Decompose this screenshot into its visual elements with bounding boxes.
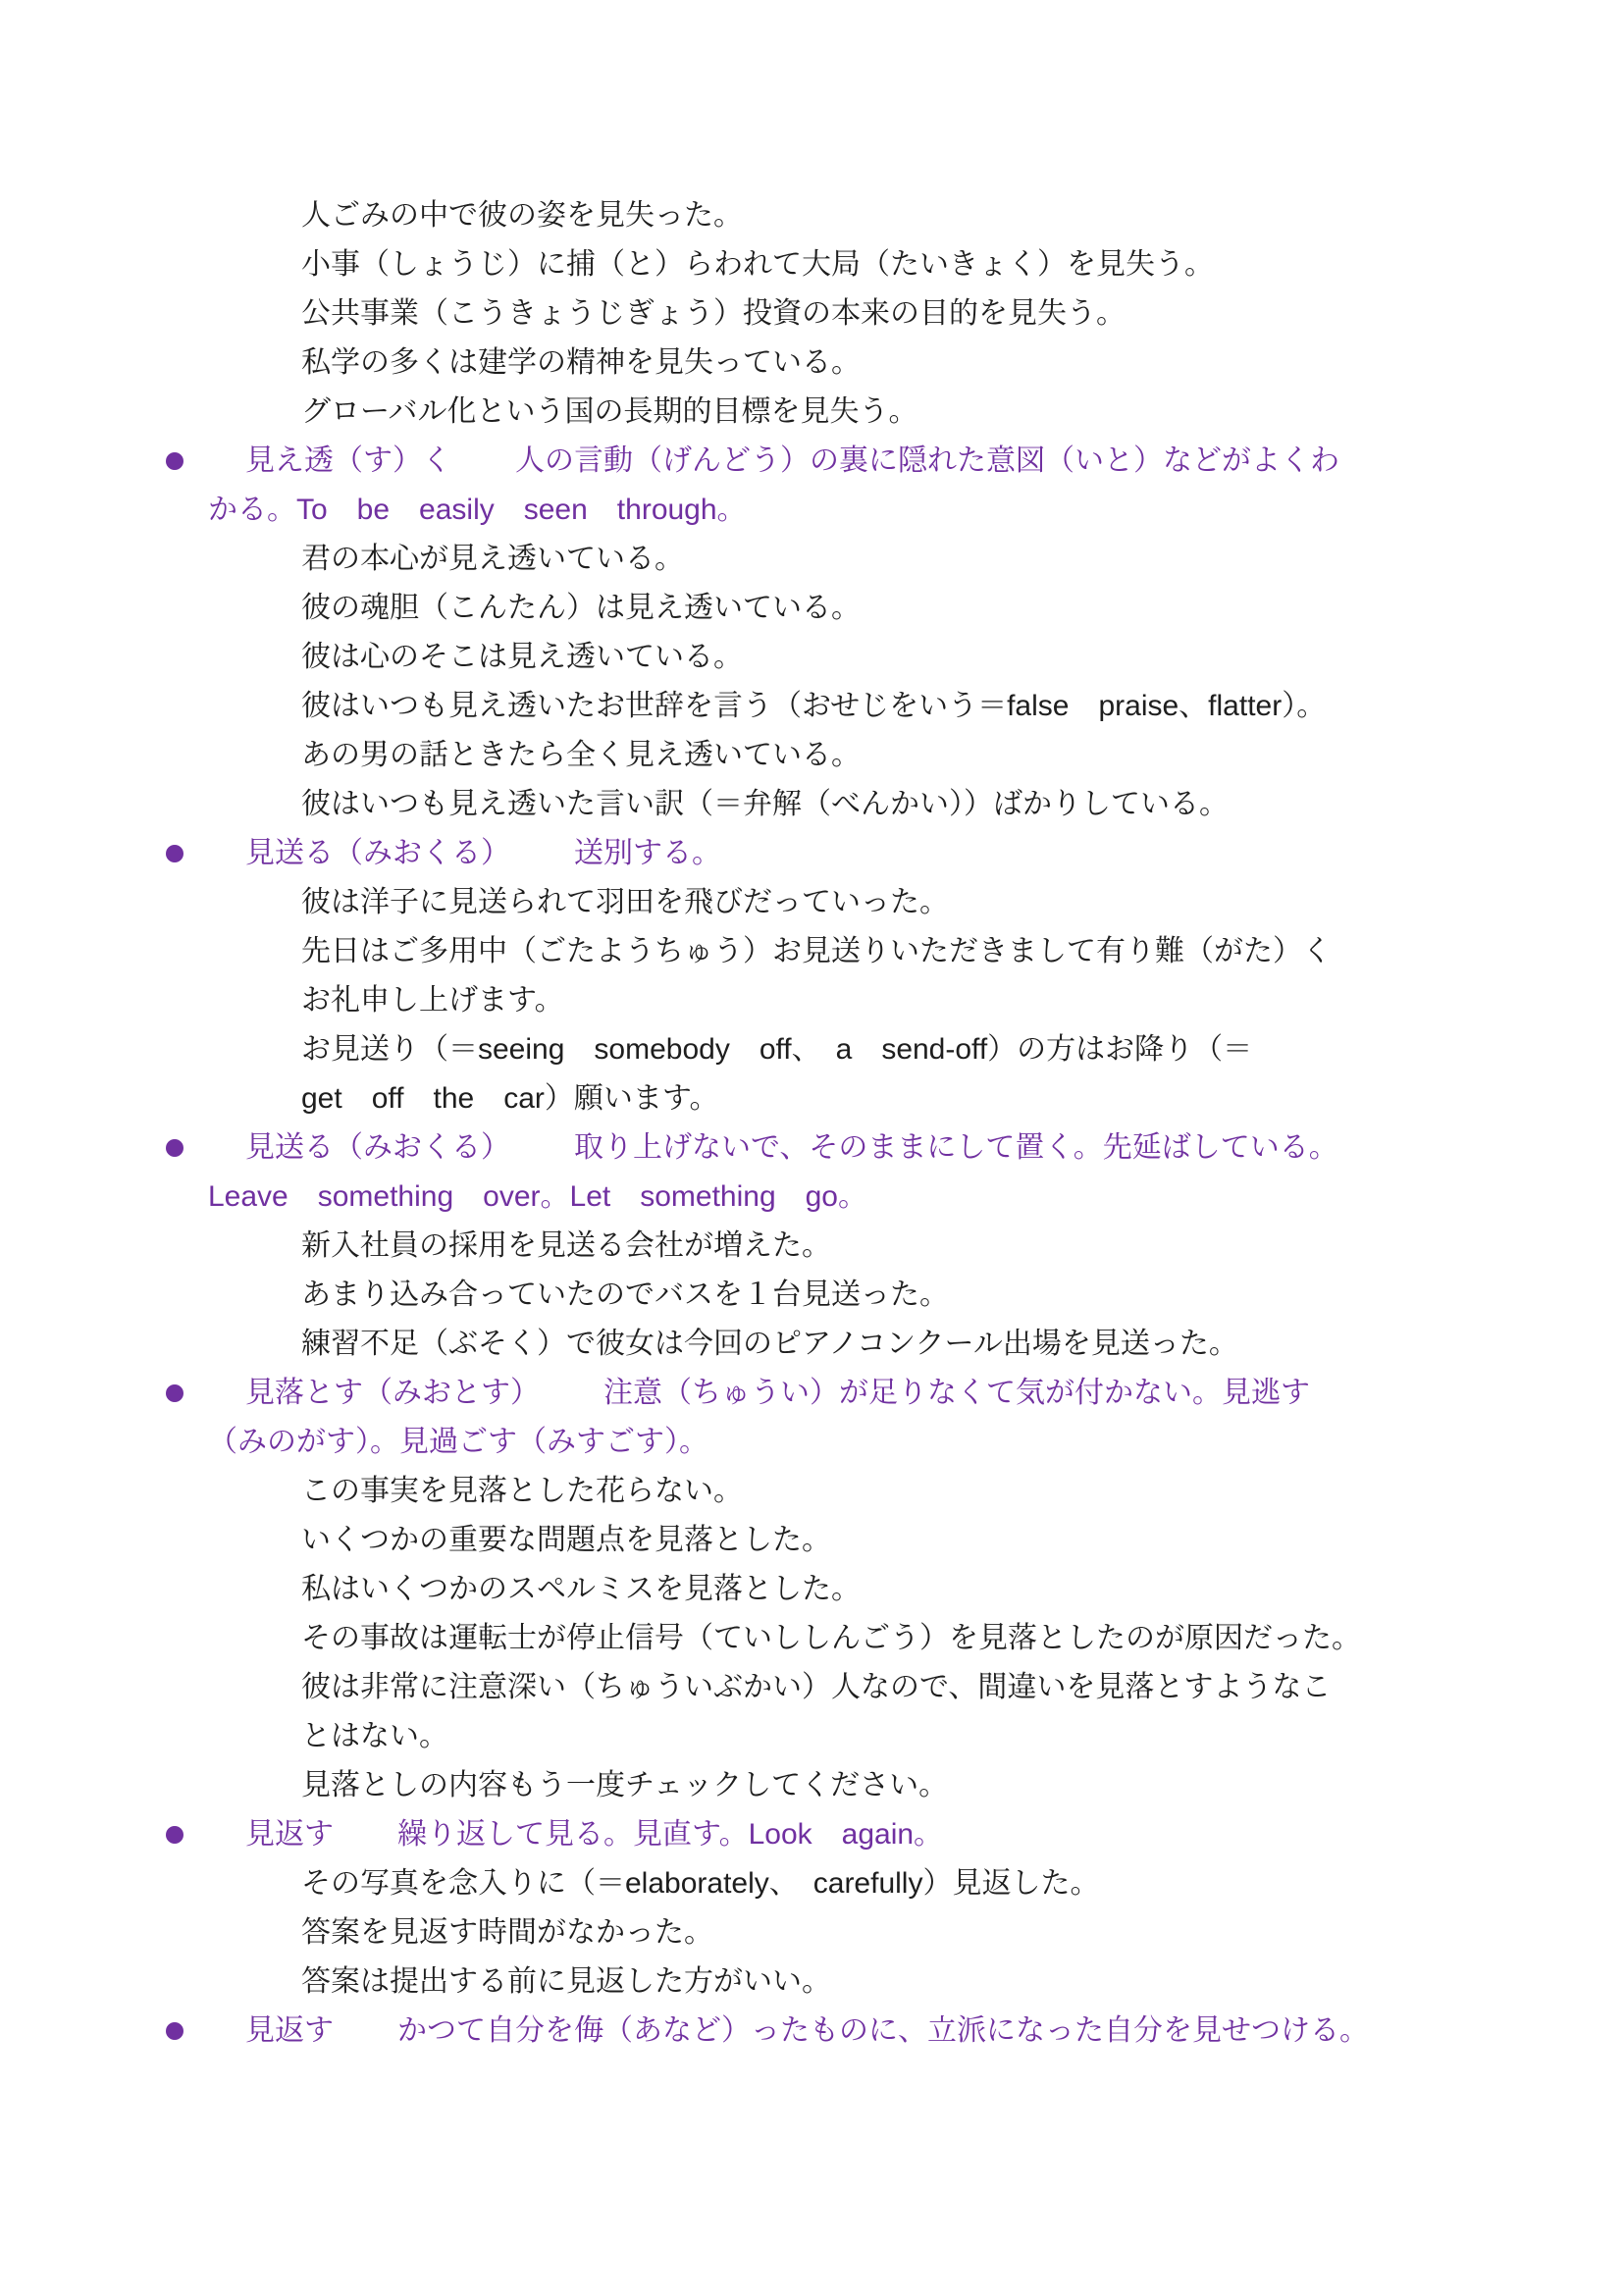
entry-term: 見返す xyxy=(245,2014,334,2047)
example-sentence: 小事（しょうじ）に捕（と）らわれて大局（たいきょく）を見失う。 xyxy=(0,240,1624,289)
bullet-icon xyxy=(166,1826,183,1844)
entry-mikaesu-1: 見返す繰り返して見る。見直す。Look again。 その写真を念入りに（＝el… xyxy=(0,1810,1624,2007)
example-sentence: その写真を念入りに（＝elaborately、 carefully）見返した。 xyxy=(0,1859,1624,1908)
entry-heading: 見落とす（みおとす）注意（ちゅうい）が足りなくて気が付かない。見逃す （みのがす… xyxy=(0,1369,1624,1467)
example-sentence: この事実を見落とした花らない。 xyxy=(0,1467,1624,1516)
entry-heading: 見送る（みおくる）取り上げないで、そのままにして置く。先延ばしている。 Leav… xyxy=(0,1123,1624,1222)
example-sentence: グローバル化という国の長期的目標を見失う。 xyxy=(0,388,1624,437)
term-definition-gap xyxy=(451,469,515,470)
example-sentence: 私はいくつかのスペルミスを見落とした。 xyxy=(0,1565,1624,1614)
entry-definition: 送別する。 xyxy=(574,837,721,869)
example-sentence: 新入社員の採用を見送る会社が増えた。 xyxy=(0,1222,1624,1271)
example-sentence: 彼は心のそこは見え透いている。 xyxy=(0,633,1624,682)
entry-term: 見送る（みおくる） xyxy=(245,837,510,869)
term-definition-gap xyxy=(334,1843,397,1844)
example-sentence: 見落としの内容もう一度チェックしてください。 xyxy=(0,1761,1624,1810)
example-sentence: その事故は運転士が停止信号（ていししんごう）を見落としたのが原因だった。 xyxy=(0,1614,1624,1663)
term-definition-gap xyxy=(510,1156,574,1157)
entry-mikaesu-2: 見返すかつて自分を侮（あなど）ったものに、立派になった自分を見せつける。 xyxy=(0,2007,1624,2056)
term-definition-gap xyxy=(540,1401,603,1402)
example-sentence: 答案は提出する前に見返した方がいい。 xyxy=(0,1957,1624,2007)
term-definition-gap xyxy=(334,2039,397,2040)
term-definition-gap xyxy=(510,861,574,862)
entry-term: 見落とす（みおとす） xyxy=(245,1377,540,1409)
entry-miokuru-1: 見送る（みおくる）送別する。 彼は洋子に見送られて羽田を飛びだっていった。 先日… xyxy=(0,829,1624,1123)
example-sentence: いくつかの重要な問題点を見落とした。 xyxy=(0,1516,1624,1565)
entry-heading: 見え透（す）く人の言動（げんどう）の裏に隠れた意図（いと）などがよくわ かる。T… xyxy=(0,437,1624,535)
entry-heading: 見送る（みおくる）送別する。 xyxy=(0,829,1624,878)
entry-term: 見返す xyxy=(245,1818,334,1851)
entry-term: 見え透（す）く xyxy=(245,444,451,477)
example-sentence: あの男の話ときたら全く見え透いている。 xyxy=(0,731,1624,780)
entry-definition: かつて自分を侮（あなど）ったものに、立派になった自分を見せつける。 xyxy=(397,2014,1369,2047)
entry-term: 見送る（みおくる） xyxy=(245,1131,510,1164)
example-sentence: 私学の多くは建学の精神を見失っている。 xyxy=(0,339,1624,388)
example-sentence: 先日はご多用中（ごたようちゅう）お見送りいただきまして有り難（がた）く お礼申し… xyxy=(0,927,1624,1025)
entry-heading: 見返すかつて自分を侮（あなど）ったものに、立派になった自分を見せつける。 xyxy=(0,2007,1624,2056)
entry-miokuru-2: 見送る（みおくる）取り上げないで、そのままにして置く。先延ばしている。 Leav… xyxy=(0,1123,1624,1369)
entry-heading: 見返す繰り返して見る。見直す。Look again。 xyxy=(0,1810,1624,1859)
example-sentence: 彼の魂胆（こんたん）は見え透いている。 xyxy=(0,584,1624,633)
example-sentence: 彼はいつも見え透いた言い訳（＝弁解（べんかい））ばかりしている。 xyxy=(0,780,1624,829)
entry-miotosu: 見落とす（みおとす）注意（ちゅうい）が足りなくて気が付かない。見逃す （みのがす… xyxy=(0,1369,1624,1810)
example-sentence: 彼は非常に注意深い（ちゅういぶかい）人なので、間違いを見落とすようなこ とはない… xyxy=(0,1663,1624,1761)
example-sentence: お見送り（＝seeing somebody off、 a send-off）の方… xyxy=(0,1025,1624,1123)
entry-definition: 繰り返して見る。見直す。Look again。 xyxy=(397,1818,943,1851)
bullet-icon xyxy=(166,452,183,470)
example-sentence: 君の本心が見え透いている。 xyxy=(0,535,1624,584)
example-sentence: 公共事業（こうきょうじぎょう）投資の本来の目的を見失う。 xyxy=(0,289,1624,339)
document-page: 人ごみの中で彼の姿を見失った。 小事（しょうじ）に捕（と）らわれて大局（たいきょ… xyxy=(0,0,1624,2296)
entry-miesuku: 見え透（す）く人の言動（げんどう）の裏に隠れた意図（いと）などがよくわ かる。T… xyxy=(0,437,1624,829)
entry-miushinau: 人ごみの中で彼の姿を見失った。 小事（しょうじ）に捕（と）らわれて大局（たいきょ… xyxy=(0,191,1624,437)
bullet-icon xyxy=(166,1139,183,1157)
example-sentence: 練習不足（ぶそく）で彼女は今回のピアノコンクール出場を見送った。 xyxy=(0,1320,1624,1369)
bullet-icon xyxy=(166,2022,183,2040)
example-sentence: あまり込み合っていたのでバスを１台見送った。 xyxy=(0,1271,1624,1320)
example-sentence: 彼はいつも見え透いたお世辞を言う（おせじをいう＝false praise、fla… xyxy=(0,682,1624,731)
example-sentence: 答案を見返す時間がなかった。 xyxy=(0,1908,1624,1957)
bullet-icon xyxy=(166,845,183,862)
example-sentence: 彼は洋子に見送られて羽田を飛びだっていった。 xyxy=(0,878,1624,927)
bullet-icon xyxy=(166,1384,183,1402)
example-sentence: 人ごみの中で彼の姿を見失った。 xyxy=(0,191,1624,240)
